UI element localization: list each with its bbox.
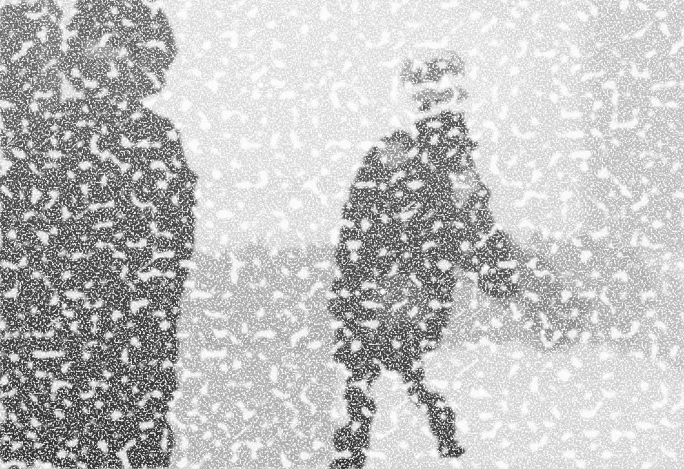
snowflake xyxy=(258,82,263,87)
snowflake xyxy=(220,105,226,111)
snowflake xyxy=(130,204,132,206)
snowflake xyxy=(95,173,97,175)
snowflake xyxy=(285,355,288,358)
snowflake xyxy=(149,376,154,381)
snowflake xyxy=(6,269,9,272)
snowflake xyxy=(339,245,342,248)
snowflake xyxy=(279,429,283,433)
snowflake xyxy=(210,241,211,242)
snowflake xyxy=(172,56,174,58)
snowflake xyxy=(184,28,188,32)
snowflake xyxy=(318,165,320,167)
snowflake xyxy=(42,390,47,395)
snowflake xyxy=(220,241,223,244)
snowflake xyxy=(36,245,41,250)
snowflake xyxy=(216,291,219,294)
snowflake xyxy=(285,312,290,317)
snowflake xyxy=(158,437,160,439)
snowflake xyxy=(367,76,371,80)
snowflake xyxy=(159,5,161,7)
snowflake xyxy=(551,445,553,447)
snowflake xyxy=(355,291,360,296)
snowflake xyxy=(33,181,35,183)
snowflake xyxy=(58,437,62,441)
snowflake xyxy=(581,251,583,253)
snowstorm-photo-canvas xyxy=(0,0,684,469)
snowflake xyxy=(301,295,307,301)
snowflake xyxy=(491,334,494,337)
snowflake xyxy=(267,328,271,332)
snowflake xyxy=(10,441,13,444)
snowflake xyxy=(291,353,295,357)
snowflake xyxy=(255,437,261,443)
snowflake xyxy=(490,268,495,273)
snowflake xyxy=(270,189,275,194)
snowflake xyxy=(7,413,9,415)
snowflake xyxy=(7,138,11,142)
snowflake xyxy=(186,24,189,27)
snowflake xyxy=(302,104,305,107)
snowstorm-photo xyxy=(0,0,684,469)
snowflake xyxy=(237,394,239,396)
snowflake xyxy=(62,347,64,349)
snowflake xyxy=(1,60,3,62)
snowflake xyxy=(386,40,390,44)
snowflake xyxy=(202,285,206,289)
snowflake xyxy=(278,131,280,133)
snowflake xyxy=(3,32,5,34)
snowflake xyxy=(62,303,67,308)
snowflake xyxy=(388,254,391,257)
snowflake xyxy=(116,110,122,116)
snowflake xyxy=(377,272,379,274)
snowflake xyxy=(202,43,208,49)
snowflake xyxy=(138,34,141,37)
snowflake xyxy=(440,279,445,284)
snowflake xyxy=(393,213,399,219)
snowflake xyxy=(281,156,285,160)
snowflake xyxy=(42,26,45,29)
snowflake xyxy=(120,128,123,131)
snowflake xyxy=(315,125,318,128)
snowflake xyxy=(141,434,147,440)
snowflake xyxy=(585,413,587,415)
snowflake xyxy=(94,293,95,294)
snowflake xyxy=(205,190,207,192)
snowflake xyxy=(85,109,90,114)
snowflake xyxy=(161,280,166,285)
snowflake xyxy=(415,2,418,5)
snowflake xyxy=(283,393,288,398)
snowflake xyxy=(407,281,411,285)
snowflake xyxy=(490,147,492,149)
snowflake xyxy=(32,77,36,81)
snowflake xyxy=(293,365,297,369)
snowflake xyxy=(99,298,103,302)
snowflake xyxy=(148,398,150,400)
snowflake xyxy=(357,319,359,321)
snowflake xyxy=(512,1,516,5)
snowflake xyxy=(632,463,635,466)
snowflake xyxy=(287,451,290,454)
snowflake xyxy=(665,137,669,141)
snowflake xyxy=(380,289,386,295)
snowflake xyxy=(212,72,217,77)
snowflake xyxy=(508,253,512,257)
snowflake xyxy=(301,98,305,102)
snowflake xyxy=(498,227,502,231)
snowflake xyxy=(224,332,226,334)
snowflake xyxy=(325,409,330,414)
snowflake xyxy=(3,435,9,441)
snowflake xyxy=(500,39,505,44)
snowflake xyxy=(359,87,364,92)
snowflake xyxy=(286,417,289,420)
snowflake xyxy=(656,192,659,195)
snowflake xyxy=(479,389,485,395)
snowflake xyxy=(540,330,545,335)
snowflake xyxy=(485,62,487,64)
snowflake xyxy=(575,64,581,70)
snowflake xyxy=(285,249,287,251)
snowflake xyxy=(187,69,192,74)
snowflake xyxy=(66,254,70,258)
snowflake xyxy=(297,45,299,47)
snowflake xyxy=(645,140,649,144)
snowflake xyxy=(622,113,625,116)
snowflake xyxy=(78,152,81,155)
snowflake xyxy=(92,382,94,384)
snowflake xyxy=(262,11,264,13)
snowflake xyxy=(526,183,532,189)
snow-speckle-fine xyxy=(0,0,684,469)
snowflake xyxy=(44,402,50,408)
snowflake xyxy=(452,229,457,234)
snowflake xyxy=(459,175,464,180)
snowflake xyxy=(94,341,98,345)
snowflake xyxy=(40,37,46,43)
snowflake xyxy=(659,404,663,408)
snowflake xyxy=(562,344,567,349)
snowflake xyxy=(575,50,578,53)
snowflake xyxy=(353,311,354,312)
snowflake xyxy=(507,161,511,165)
snowflake xyxy=(460,329,465,334)
snowflake xyxy=(105,14,108,17)
snowflake xyxy=(669,62,675,68)
snowflake xyxy=(249,55,254,60)
snowflake xyxy=(505,457,508,460)
snowflake xyxy=(134,280,137,283)
snowflake xyxy=(252,4,255,7)
snowflake xyxy=(411,348,415,352)
snowflake xyxy=(64,12,67,15)
snowflake xyxy=(266,441,270,445)
snowflake xyxy=(66,266,70,270)
snowflake xyxy=(506,56,508,58)
snowflake xyxy=(612,214,618,220)
snowflake xyxy=(609,133,613,137)
snowflake xyxy=(430,291,432,293)
snowflake xyxy=(387,326,392,331)
snowflake xyxy=(621,60,627,66)
snowflake xyxy=(206,352,212,358)
snowflake xyxy=(110,308,112,310)
snowflake xyxy=(479,21,484,26)
snowflake xyxy=(466,147,470,151)
snowflake xyxy=(414,209,418,213)
snowflake xyxy=(561,1,566,6)
snowflake xyxy=(449,390,451,392)
snowflake xyxy=(322,2,324,4)
snowflake xyxy=(564,324,566,326)
snowflake xyxy=(338,229,340,231)
snowflake xyxy=(284,423,287,426)
snowflake xyxy=(261,357,264,360)
snowflake xyxy=(258,234,259,235)
snowflake xyxy=(427,76,429,78)
snowflake xyxy=(373,183,376,186)
snowflake xyxy=(137,43,140,46)
snowflake xyxy=(231,43,237,49)
snowflake xyxy=(396,58,400,62)
snowflake xyxy=(59,348,61,350)
snowflake xyxy=(519,306,521,308)
snowflake xyxy=(260,308,264,312)
snowflake xyxy=(210,289,215,294)
snowflake xyxy=(479,385,482,388)
snowflake xyxy=(415,455,419,459)
snowflake xyxy=(272,259,275,262)
snowflake xyxy=(662,158,668,164)
snowflake xyxy=(348,246,352,250)
snowflake xyxy=(197,149,202,154)
snowflake xyxy=(44,296,46,298)
snowflake xyxy=(484,265,489,270)
